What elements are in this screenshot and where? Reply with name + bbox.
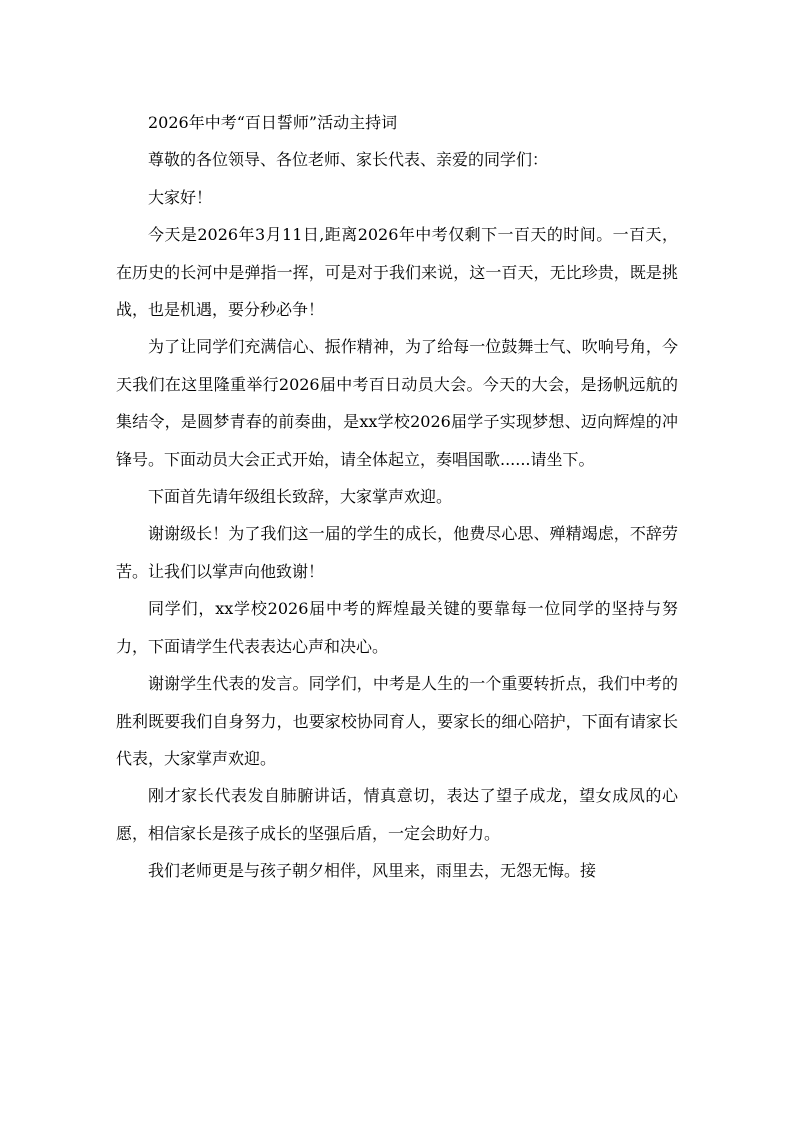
greeting: 大家好！	[116, 179, 678, 216]
paragraph-parent-rep-intro: 谢谢学生代表的发言。同学们，中考是人生的一个重要转折点，我们中考的胜利既要我们自…	[116, 665, 678, 777]
paragraph-teachers: 我们老师更是与孩子朝夕相伴，风里来，雨里去，无怨无悔。接	[116, 852, 678, 889]
paragraph-countdown: 今天是2026年3月11日,距离2026年中考仅剩下一百天的时间。一百天，在历史…	[116, 216, 678, 328]
paragraph-thanks-leader: 谢谢级长！为了我们这一届的学生的成长，他费尽心思、殚精竭虑，不辞劳苦。让我们以掌…	[116, 515, 678, 590]
document-title: 2026年中考“百日誓师”活动主持词	[116, 104, 678, 141]
paragraph-thanks-parent: 刚才家长代表发自肺腑讲话，情真意切，表达了望子成龙，望女成凤的心愿，相信家长是孩…	[116, 777, 678, 852]
paragraph-grade-leader-intro: 下面首先请年级组长致辞，大家掌声欢迎。	[116, 478, 678, 515]
paragraph-student-rep-intro: 同学们，xx学校2026届中考的辉煌最关键的要靠每一位同学的坚持与努力，下面请学…	[116, 590, 678, 665]
paragraph-opening: 为了让同学们充满信心、振作精神，为了给每一位鼓舞士气、吹响号角，今天我们在这里隆…	[116, 328, 678, 478]
salutation: 尊敬的各位领导、各位老师、家长代表、亲爱的同学们：	[116, 141, 678, 178]
document-page: 2026年中考“百日誓师”活动主持词 尊敬的各位领导、各位老师、家长代表、亲爱的…	[116, 104, 678, 890]
